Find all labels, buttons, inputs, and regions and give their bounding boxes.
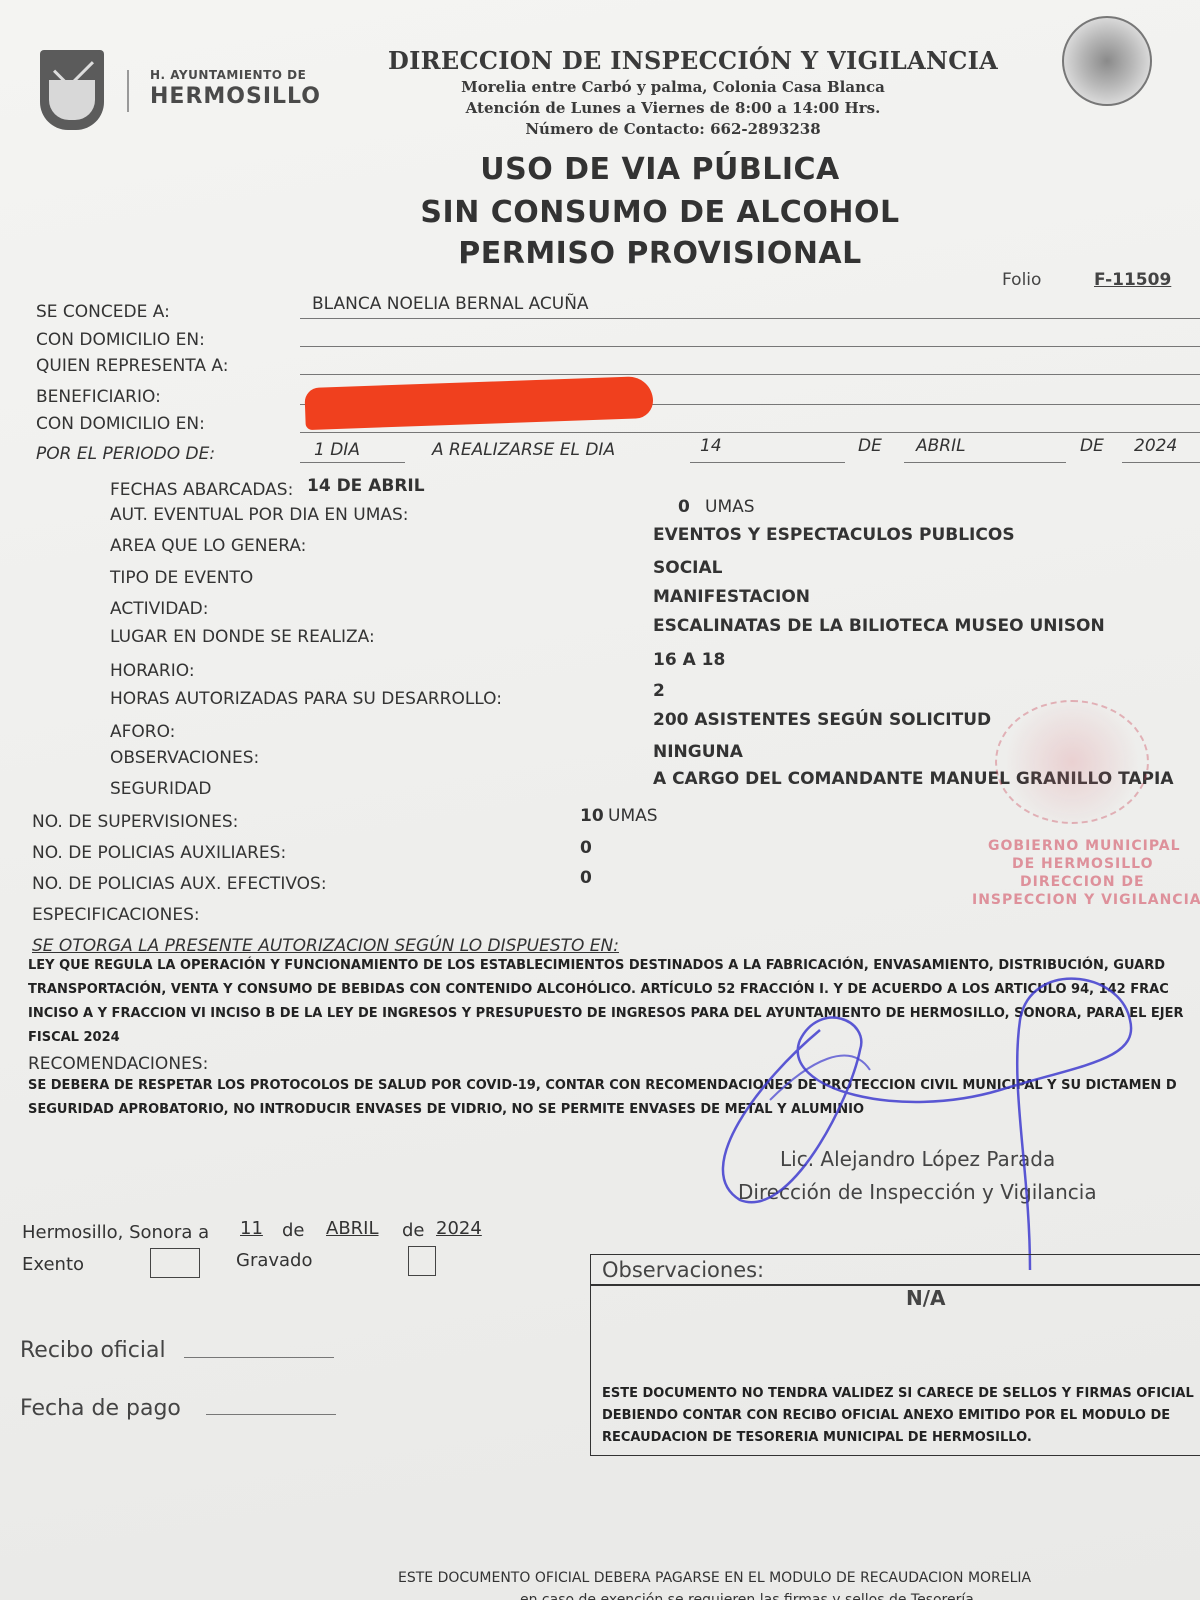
field-label-representa: QUIEN REPRESENTA A: [36, 356, 228, 376]
detail-value-lugar: ESCALINATAS DE LA BILIOTECA MUSEO UNISON [653, 616, 1105, 636]
footer-payment-notice: ESTE DOCUMENTO OFICIAL DEBERA PAGARSE EN… [398, 1570, 1031, 1586]
field-underline [300, 318, 1200, 319]
detail-value-fechas: 14 DE ABRIL [307, 476, 425, 496]
issue-year: 2024 [436, 1218, 482, 1239]
receipt-field[interactable] [184, 1357, 334, 1358]
folio-label: Folio [1002, 270, 1041, 290]
stamp-text: GOBIERNO MUNICIPAL [988, 838, 1181, 854]
document-title-1: USO DE VIA PÚBLICA [310, 152, 1010, 187]
detail-label-seguridad: SEGURIDAD [110, 779, 212, 799]
document-title-3: PERMISO PROVISIONAL [310, 236, 1010, 271]
field-label-domicilio-beneficiario: CON DOMICILIO EN: [36, 414, 205, 434]
observations-value: N/A [906, 1286, 946, 1310]
municipality-name: HERMOSILLO [150, 84, 321, 109]
issue-place: Hermosillo, Sonora a [22, 1222, 209, 1243]
stamp-text: INSPECCION Y VIGILANCIA [972, 892, 1200, 908]
payment-date-label: Fecha de pago [20, 1396, 181, 1421]
department-contact: Número de Contacto: 662-2893238 [438, 120, 908, 138]
stamp-text: DE HERMOSILLO [1012, 856, 1154, 872]
detail-label-aforo: AFORO: [110, 722, 175, 742]
realize-label: A REALIZARSE EL DIA [432, 440, 615, 460]
detail-unit-umas: UMAS [705, 497, 755, 517]
observations-heading: Observaciones: [602, 1258, 764, 1282]
period-value: 1 DIA [314, 440, 360, 460]
issue-de-2: de [402, 1220, 425, 1241]
exento-checkbox[interactable] [150, 1248, 200, 1278]
field-label-concede: SE CONCEDE A: [36, 302, 170, 322]
aux-police-value: 0 [580, 838, 592, 858]
field-label-domicilio: CON DOMICILIO EN: [36, 330, 205, 350]
field-underline [300, 346, 1200, 347]
detail-value-observaciones: NINGUNA [653, 742, 743, 762]
detail-value-horas: 2 [653, 681, 665, 701]
validity-notice-line: ESTE DOCUMENTO NO TENDRA VALIDEZ SI CARE… [602, 1386, 1194, 1401]
aux-police-effective-value: 0 [580, 868, 592, 888]
detail-value-actividad: MANIFESTACION [653, 587, 810, 607]
national-seal-icon [1062, 16, 1152, 106]
field-underline [300, 374, 1200, 375]
detail-value-tipo: SOCIAL [653, 558, 723, 578]
detail-label-observaciones: OBSERVACIONES: [110, 748, 259, 768]
legal-heading: SE OTORGA LA PRESENTE AUTORIZACION SEGÚN… [32, 936, 619, 956]
date-de-1: DE [858, 436, 882, 456]
detail-label-umas: AUT. EVENTUAL POR DIA EN UMAS: [110, 505, 409, 525]
detail-label-lugar: LUGAR EN DONDE SE REALIZA: [110, 627, 375, 647]
detail-value-area: EVENTOS Y ESPECTACULOS PUBLICOS [653, 525, 1015, 545]
recommendations-heading: RECOMENDACIONES: [28, 1054, 208, 1074]
logo-divider [127, 70, 129, 112]
observations-header-divider [590, 1284, 1200, 1286]
exento-label: Exento [22, 1254, 84, 1275]
issue-de-1: de [282, 1220, 305, 1241]
field-underline [300, 462, 405, 463]
validity-notice-line: DEBIENDO CONTAR CON RECIBO OFICIAL ANEXO… [602, 1408, 1170, 1423]
aux-police-label: NO. DE POLICIAS AUXILIARES: [32, 843, 286, 863]
permit-document: H. AYUNTAMIENTO DE HERMOSILLO DIRECCION … [0, 0, 1200, 1600]
field-underline [690, 462, 845, 463]
date-de-2: DE [1080, 436, 1104, 456]
department-address: Morelia entre Carbó y palma, Colonia Cas… [438, 78, 908, 96]
detail-label-horario: HORARIO: [110, 661, 195, 681]
field-underline [1122, 462, 1200, 463]
aux-police-effective-label: NO. DE POLICIAS AUX. EFECTIVOS: [32, 874, 327, 894]
detail-label-actividad: ACTIVIDAD: [110, 599, 208, 619]
field-underline [904, 462, 1066, 463]
issue-month: ABRIL [326, 1218, 379, 1239]
validity-notice-line: RECAUDACION DE TESORERIA MUNICIPAL DE HE… [602, 1430, 1032, 1445]
detail-value-horario: 16 A 18 [653, 650, 725, 670]
handwritten-signature [700, 940, 1200, 1280]
official-red-stamp [995, 700, 1149, 824]
legal-line: FISCAL 2024 [28, 1030, 120, 1045]
detail-label-tipo: TIPO DE EVENTO [110, 568, 253, 588]
field-value-concede: BLANCA NOELIA BERNAL ACUÑA [312, 294, 589, 314]
redaction-mark [304, 376, 653, 430]
detail-label-fechas: FECHAS ABARCADAS: [110, 480, 293, 500]
municipality-small-label: H. AYUNTAMIENTO DE [150, 68, 306, 82]
event-year: 2024 [1134, 436, 1177, 456]
receipt-label: Recibo oficial [20, 1338, 166, 1363]
detail-value-umas: 0 [678, 497, 690, 517]
stamp-text: DIRECCION DE [1020, 874, 1145, 890]
specifications-label: ESPECIFICACIONES: [32, 905, 200, 925]
municipality-shield-logo [40, 50, 104, 130]
issue-day: 11 [240, 1218, 263, 1239]
supervision-value: 10 [580, 806, 604, 826]
department-title: DIRECCION DE INSPECCIÓN Y VIGILANCIA [388, 46, 998, 75]
gravado-label: Gravado [236, 1250, 313, 1271]
document-title-2: SIN CONSUMO DE ALCOHOL [310, 195, 1010, 230]
field-underline [300, 432, 1200, 433]
field-label-beneficiario: BENEFICIARIO: [36, 387, 161, 407]
department-hours: Atención de Lunes a Viernes de 8:00 a 14… [438, 99, 908, 117]
event-month: ABRIL [916, 436, 966, 456]
detail-value-aforo: 200 ASISTENTES SEGÚN SOLICITUD [653, 710, 991, 730]
footer-exemption-notice: en caso de exención se requieren las fir… [520, 1592, 974, 1600]
period-label: POR EL PERIODO DE: [36, 444, 215, 464]
supervision-unit: UMAS [608, 806, 658, 826]
event-day: 14 [700, 436, 722, 456]
payment-date-field[interactable] [206, 1414, 336, 1415]
supervision-label: NO. DE SUPERVISIONES: [32, 812, 238, 832]
gravado-checkbox[interactable] [408, 1246, 436, 1276]
detail-label-area: AREA QUE LO GENERA: [110, 536, 306, 556]
folio-number: F-11509 [1094, 270, 1171, 290]
detail-label-horas: HORAS AUTORIZADAS PARA SU DESARROLLO: [110, 689, 502, 709]
